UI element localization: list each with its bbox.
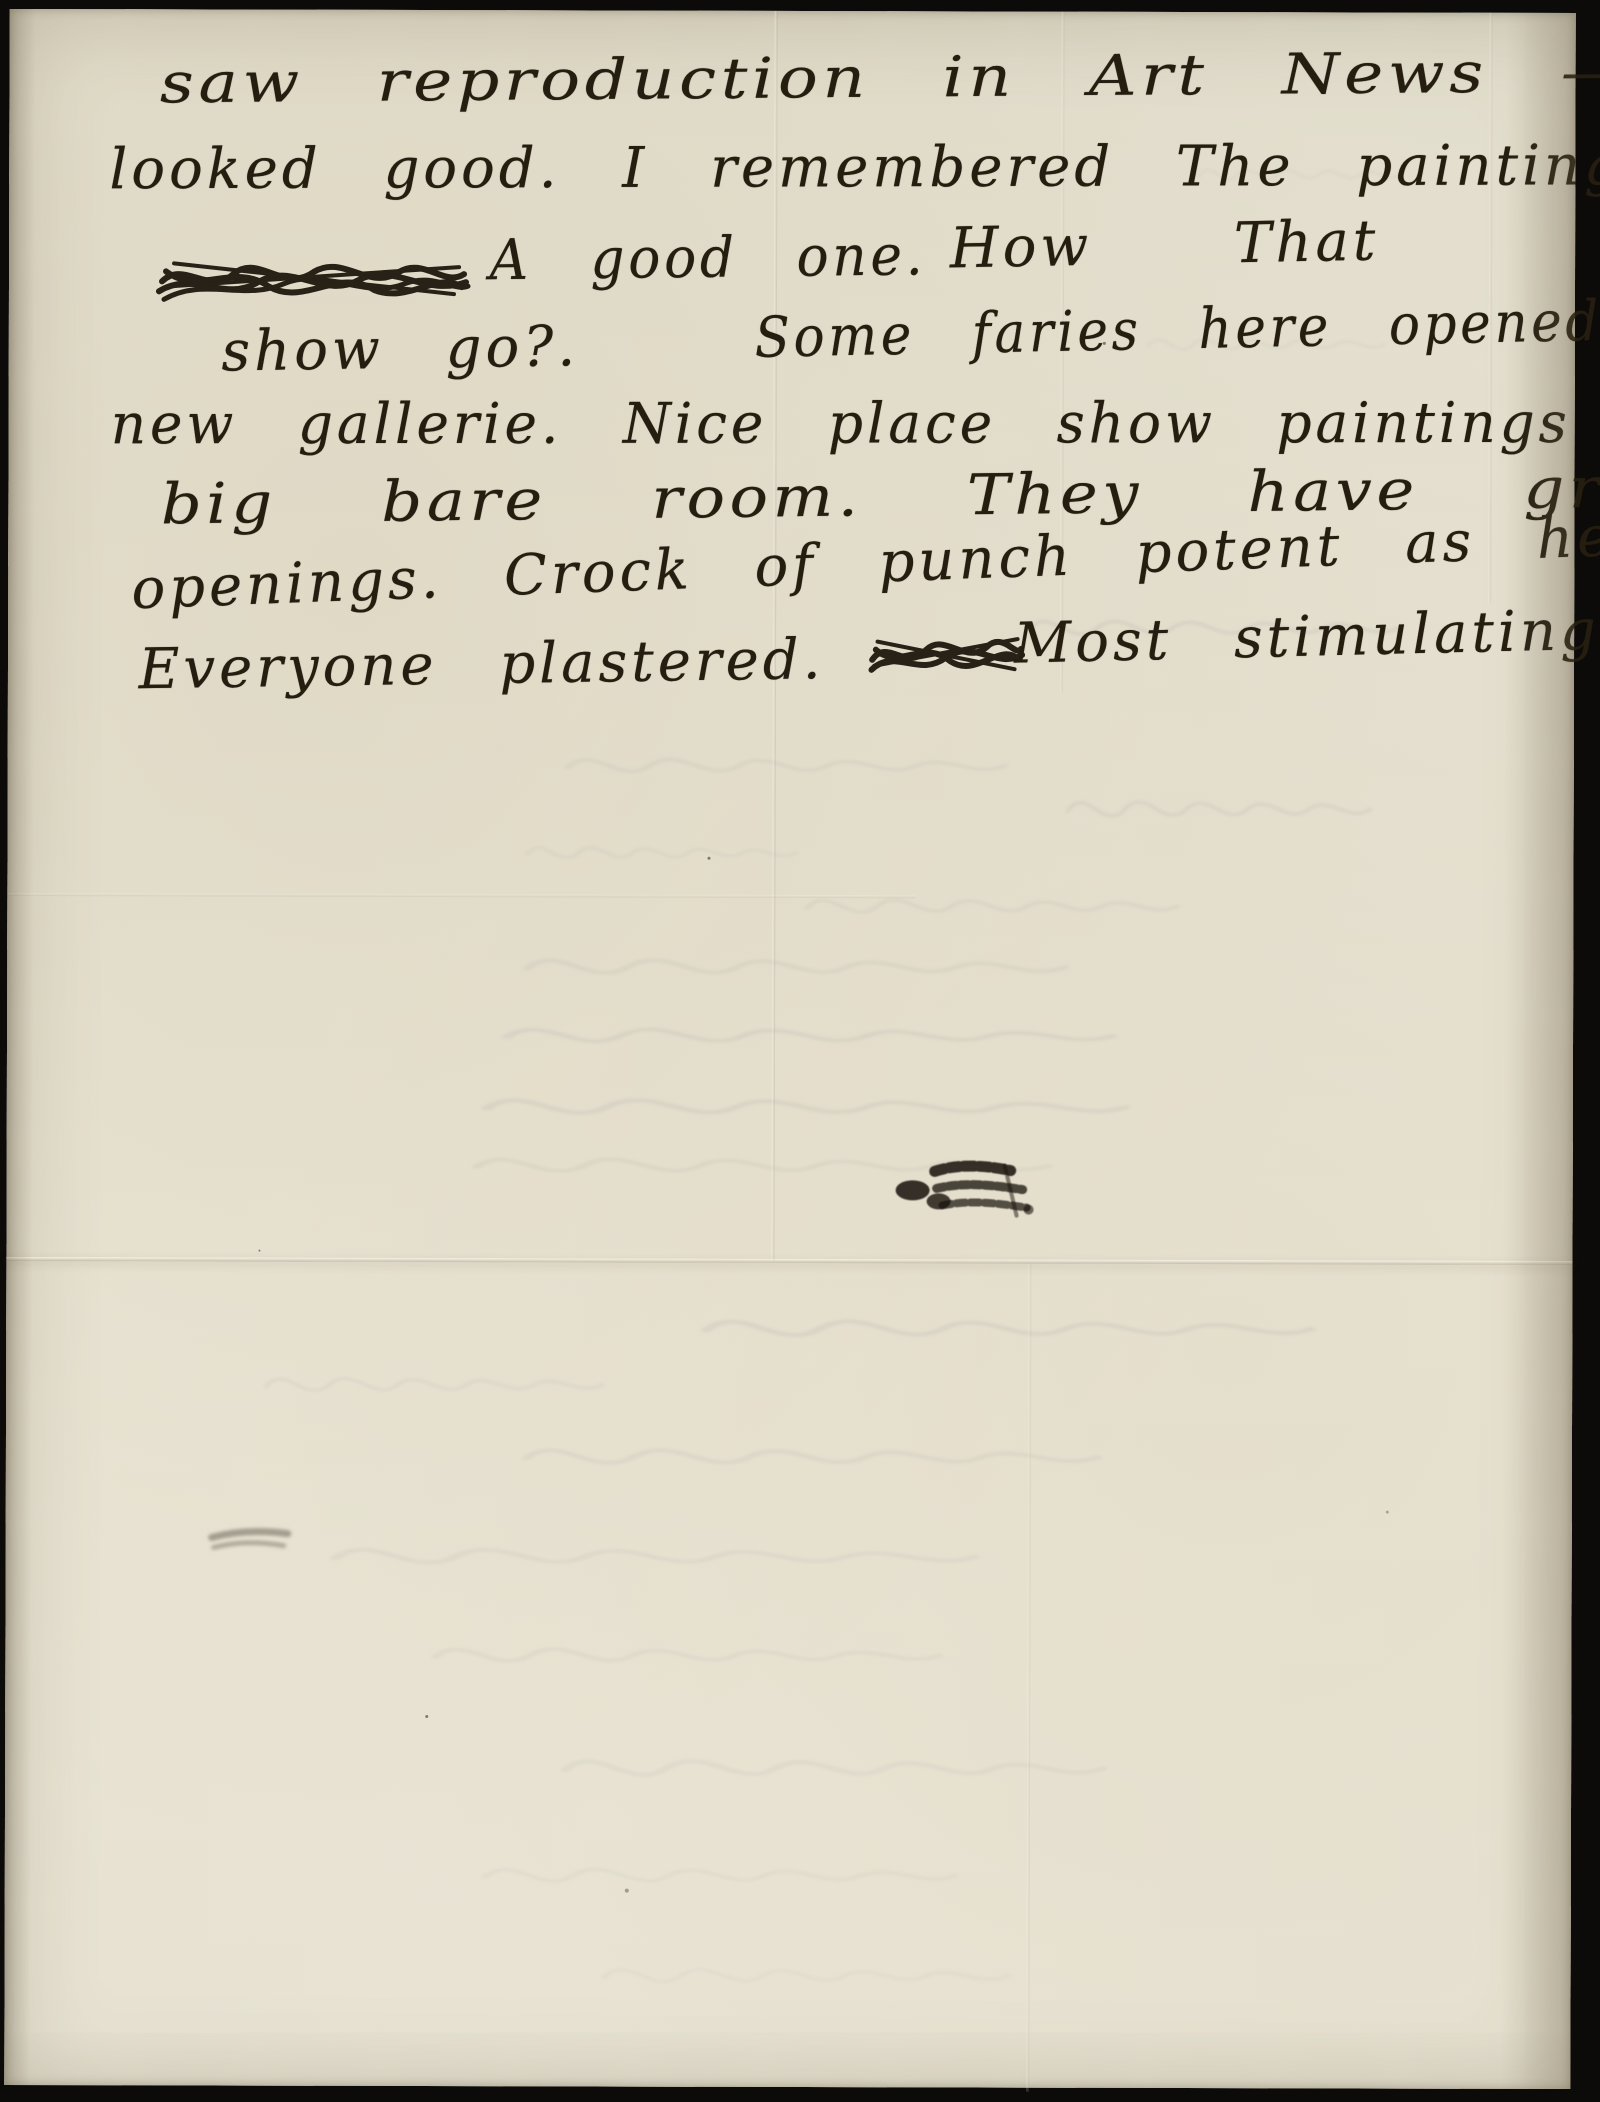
paper: saw reproduction in Art News — looked go… xyxy=(4,9,1575,2089)
paper-speck xyxy=(625,1889,629,1893)
paper-edge-shadow-left xyxy=(4,9,35,2085)
handwritten-line-5: new gallerie. Nice place show paintings … xyxy=(111,391,1600,457)
handwritten-line-8b: Most stimulating. xyxy=(1013,597,1600,676)
smudge xyxy=(206,1521,296,1561)
ink-blot xyxy=(887,1143,1057,1233)
handwritten-line-1: saw reproduction in Art News — xyxy=(160,40,1600,117)
fold-crease-horizontal xyxy=(6,1257,1572,1265)
handwritten-line-3a: A good one. xyxy=(489,223,927,293)
scanned-letter-screenshot: { "page": { "description": "Scan of a ha… xyxy=(0,0,1600,2102)
handwritten-line-2: looked good. I remembered The painting. xyxy=(109,133,1600,202)
paper-speck xyxy=(425,1715,428,1718)
handwritten-line-4a: show go?. xyxy=(221,314,580,384)
handwritten-line-3b: How That xyxy=(949,209,1380,282)
scribbled-out-word xyxy=(154,241,474,314)
handwritten-line-4b: Some faries here opened xyxy=(754,289,1600,371)
paper-speck xyxy=(707,857,710,860)
handwritten-line-8a: Everyone plastered. xyxy=(138,627,825,702)
fold-crease-vertical xyxy=(1026,1264,1031,2092)
paper-speck xyxy=(1103,342,1106,345)
fold-crease-horizontal-faint xyxy=(7,893,915,898)
scribbled-out-word xyxy=(865,617,1027,692)
paper-speck xyxy=(258,1250,260,1252)
paper-speck xyxy=(1386,1511,1389,1514)
